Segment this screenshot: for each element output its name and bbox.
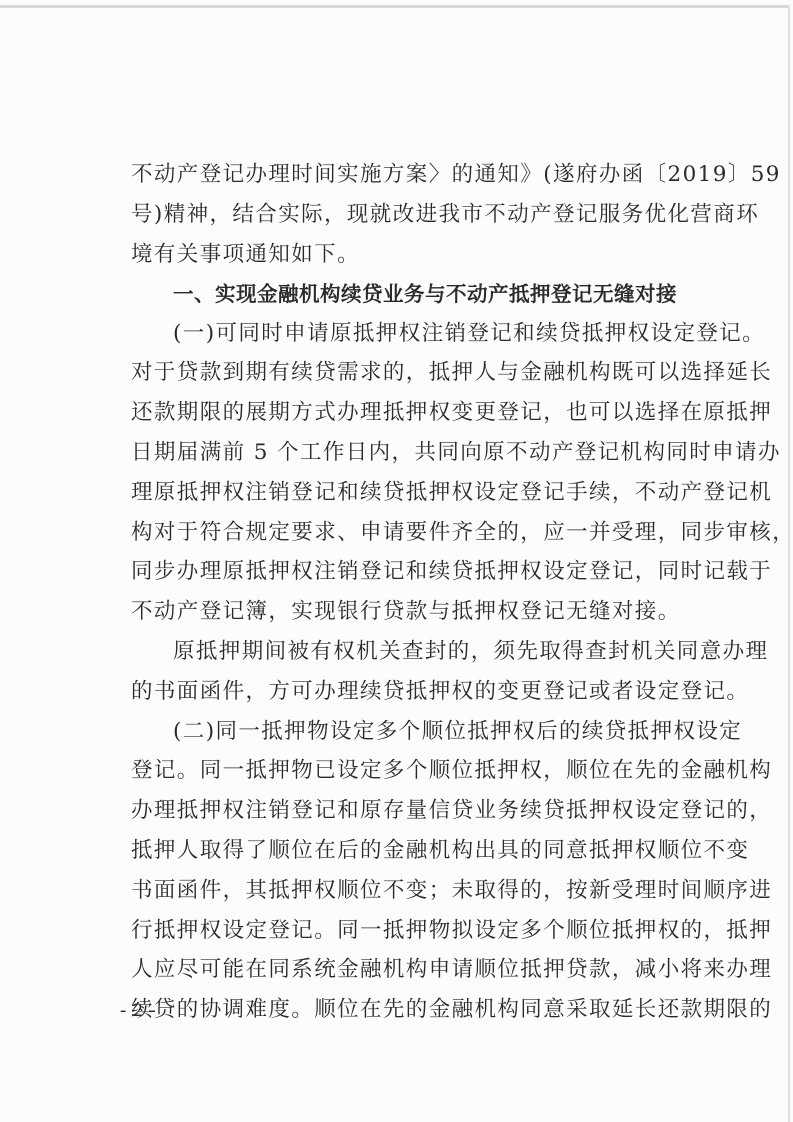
paragraph-line: 构对于符合规定要求、申请要件齐全的，应一并受理，同步审核， bbox=[131, 518, 705, 548]
paragraph-line: 登记。同一抵押物已设定多个顺位抵押权，顺位在先的金融机构 bbox=[131, 756, 705, 786]
paragraph-line: 行抵押权设定登记。同一抵押物拟设定多个顺位抵押权的，抵押 bbox=[131, 916, 705, 946]
paragraph-line: 对于贷款到期有续贷需求的，抵押人与金融机构既可以选择延长 bbox=[131, 358, 705, 388]
scan-page-edge-right bbox=[788, 5, 790, 1122]
paragraph-line: 抵押人取得了顺位在后的金融机构出具的同意抵押权顺位不变 bbox=[131, 836, 705, 866]
paragraph-line: 同步办理原抵押权注销登记和续贷抵押权设定登记，同时记载于 bbox=[131, 557, 705, 587]
paragraph-line: 原抵押期间被有权机关查封的，须先取得查封机关同意办理 bbox=[173, 637, 705, 667]
paragraph-line: 不动产登记簿，实现银行贷款与抵押权登记无缝对接。 bbox=[131, 597, 705, 627]
paragraph-line: 不动产登记办理时间实施方案〉的通知》(遂府办函〔2019〕59 bbox=[131, 160, 705, 190]
scan-page-edge-top bbox=[0, 5, 790, 8]
paragraph-line: 还款期限的展期方式办理抵押权变更登记，也可以选择在原抵押 bbox=[131, 398, 705, 428]
paragraph-line: 理原抵押权注销登记和续贷抵押权设定登记手续，不动产登记机 bbox=[131, 478, 705, 508]
subsection-title-line: (二)同一抵押物设定多个顺位抵押权后的续贷抵押权设定 bbox=[173, 717, 705, 747]
paragraph-line: 境有关事项通知如下。 bbox=[131, 240, 705, 270]
paragraph-line: 人应尽可能在同系统金融机构申请顺位抵押贷款，减小将来办理 bbox=[131, 955, 705, 985]
paragraph-line: 号)精神，结合实际，现就改进我市不动产登记服务优化营商环 bbox=[131, 200, 705, 230]
paragraph-line: 书面函件，其抵押权顺位不变；未取得的，按新受理时间顺序进 bbox=[131, 876, 705, 906]
paragraph-line: 的书面函件，方可办理续贷抵押权的变更登记或者设定登记。 bbox=[131, 677, 705, 707]
section-heading: 一、实现金融机构续贷业务与不动产抵押登记无缝对接 bbox=[173, 279, 705, 309]
paragraph-line: 办理抵押权注销登记和原存量信贷业务续贷抵押权设定登记的， bbox=[131, 796, 705, 826]
paragraph-line: 日期届满前 5 个工作日内，共同向原不动产登记机构同时申请办 bbox=[131, 438, 705, 468]
page-number: - 2 - bbox=[120, 1000, 157, 1022]
paragraph-line: 续贷的协调难度。顺位在先的金融机构同意采取延长还款期限的 bbox=[131, 995, 705, 1025]
subsection-title-line: (一)可同时申请原抵押权注销登记和续贷抵押权设定登记。 bbox=[173, 319, 705, 349]
